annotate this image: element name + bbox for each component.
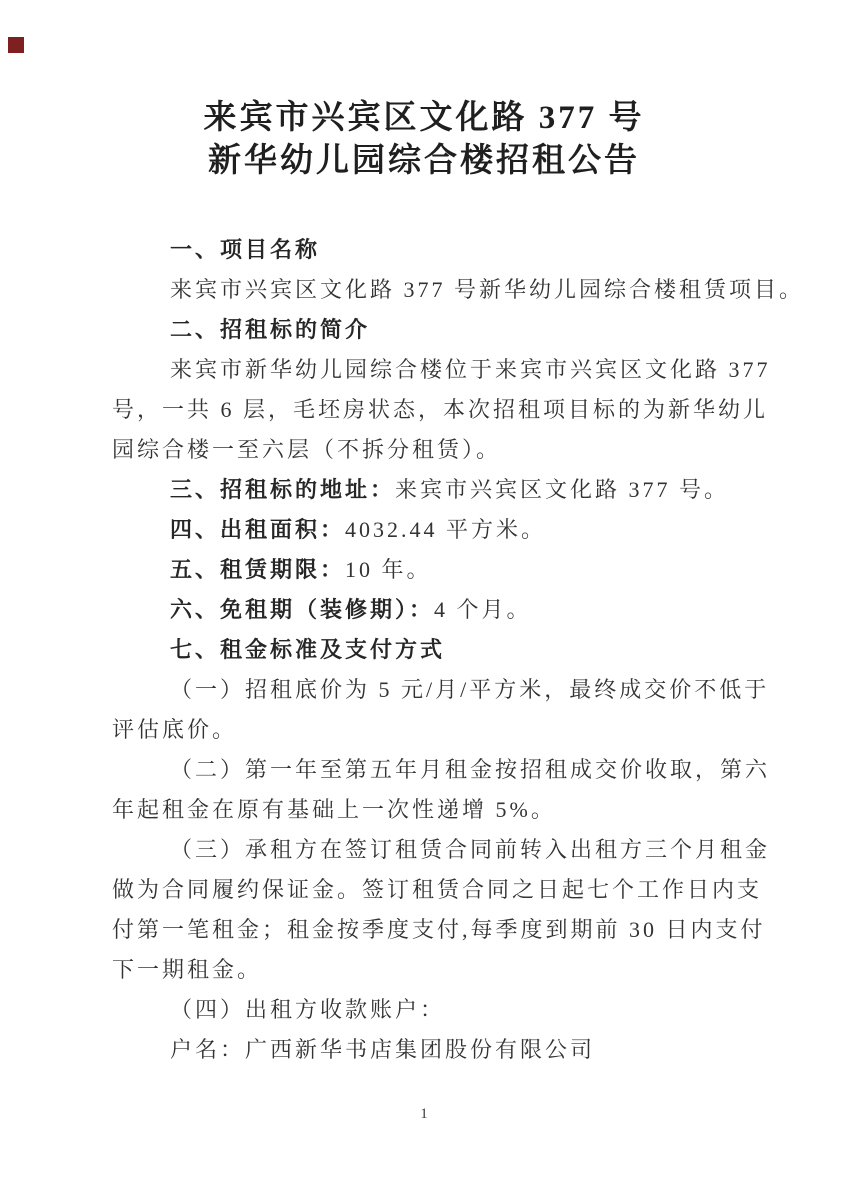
doc-line: 户名：广西新华书店集团股份有限公司 bbox=[112, 1030, 742, 1070]
line-text: 来宾市兴宾区文化路 377 号新华幼儿园综合楼租赁项目。 bbox=[170, 277, 804, 302]
doc-line: 五、租赁期限：10 年。 bbox=[112, 550, 742, 590]
doc-line: 七、租金标准及支付方式 bbox=[112, 630, 742, 670]
line-heading: 三、招租标的地址： bbox=[170, 477, 395, 502]
document-title: 来宾市兴宾区文化路 377 号 新华幼儿园综合楼招租公告 bbox=[0, 97, 848, 183]
doc-line: 年起租金在原有基础上一次性递增 5%。 bbox=[112, 790, 742, 830]
doc-line: 评估底价。 bbox=[112, 710, 742, 750]
line-text: 10 年。 bbox=[345, 557, 432, 582]
doc-line: （二）第一年至第五年月租金按招租成交价收取，第六 bbox=[112, 750, 742, 790]
line-text: 年起租金在原有基础上一次性递增 5%。 bbox=[112, 797, 556, 822]
line-text: 付第一笔租金；租金按季度支付,每季度到期前 30 日内支付 bbox=[112, 917, 766, 942]
line-text: 来宾市新华幼儿园综合楼位于来宾市兴宾区文化路 377 bbox=[170, 357, 771, 382]
line-heading: 六、免租期（装修期）： bbox=[170, 597, 434, 622]
doc-line: 做为合同履约保证金。签订租赁合同之日起七个工作日内支 bbox=[112, 870, 742, 910]
doc-line: 一、项目名称 bbox=[112, 230, 742, 270]
line-text: 号，一共 6 层，毛坯房状态，本次招租项目标的为新华幼儿 bbox=[112, 397, 768, 422]
line-text: 来宾市兴宾区文化路 377 号。 bbox=[395, 477, 729, 502]
line-text: 做为合同履约保证金。签订租赁合同之日起七个工作日内支 bbox=[112, 877, 762, 902]
doc-line: 号，一共 6 层，毛坯房状态，本次招租项目标的为新华幼儿 bbox=[112, 390, 742, 430]
line-text: （四）出租方收款账户： bbox=[170, 997, 445, 1022]
doc-line: 来宾市兴宾区文化路 377 号新华幼儿园综合楼租赁项目。 bbox=[112, 270, 742, 310]
doc-line: 园综合楼一至六层（不拆分租赁）。 bbox=[112, 430, 742, 470]
line-heading: 一、项目名称 bbox=[170, 237, 320, 262]
doc-line: 付第一笔租金；租金按季度支付,每季度到期前 30 日内支付 bbox=[112, 910, 742, 950]
document-page: 来宾市兴宾区文化路 377 号 新华幼儿园综合楼招租公告 一、项目名称 来宾市兴… bbox=[0, 0, 848, 1200]
line-text: （二）第一年至第五年月租金按招租成交价收取，第六 bbox=[170, 757, 770, 782]
line-text: 户名：广西新华书店集团股份有限公司 bbox=[170, 1037, 595, 1062]
line-text: 评估底价。 bbox=[112, 717, 237, 742]
doc-line: （四）出租方收款账户： bbox=[112, 990, 742, 1030]
title-line-2: 新华幼儿园综合楼招租公告 bbox=[0, 140, 848, 183]
line-text: 下一期租金。 bbox=[112, 957, 262, 982]
doc-line: （一）招租底价为 5 元/月/平方米，最终成交价不低于 bbox=[112, 670, 742, 710]
red-square-marker bbox=[8, 37, 24, 53]
doc-line: 四、出租面积：4032.44 平方米。 bbox=[112, 510, 742, 550]
doc-line: 六、免租期（装修期）：4 个月。 bbox=[112, 590, 742, 630]
doc-line: 三、招租标的地址：来宾市兴宾区文化路 377 号。 bbox=[112, 470, 742, 510]
line-text: （一）招租底价为 5 元/月/平方米，最终成交价不低于 bbox=[170, 677, 769, 702]
doc-line: 下一期租金。 bbox=[112, 950, 742, 990]
doc-line: 二、招租标的简介 bbox=[112, 310, 742, 350]
line-heading: 二、招租标的简介 bbox=[170, 317, 370, 342]
line-heading: 四、出租面积： bbox=[170, 517, 345, 542]
doc-line: 来宾市新华幼儿园综合楼位于来宾市兴宾区文化路 377 bbox=[112, 350, 742, 390]
document-body: 一、项目名称 来宾市兴宾区文化路 377 号新华幼儿园综合楼租赁项目。 二、招租… bbox=[112, 230, 742, 1070]
title-line-1: 来宾市兴宾区文化路 377 号 bbox=[0, 97, 848, 140]
line-text: 4 个月。 bbox=[434, 597, 532, 622]
line-text: （三）承租方在签订租赁合同前转入出租方三个月租金 bbox=[170, 837, 770, 862]
line-heading: 五、租赁期限： bbox=[170, 557, 345, 582]
line-heading: 七、租金标准及支付方式 bbox=[170, 637, 445, 662]
line-text: 4032.44 平方米。 bbox=[345, 517, 546, 542]
line-text: 园综合楼一至六层（不拆分租赁）。 bbox=[112, 437, 501, 462]
page-number: 1 bbox=[0, 1106, 848, 1123]
doc-line: （三）承租方在签订租赁合同前转入出租方三个月租金 bbox=[112, 830, 742, 870]
